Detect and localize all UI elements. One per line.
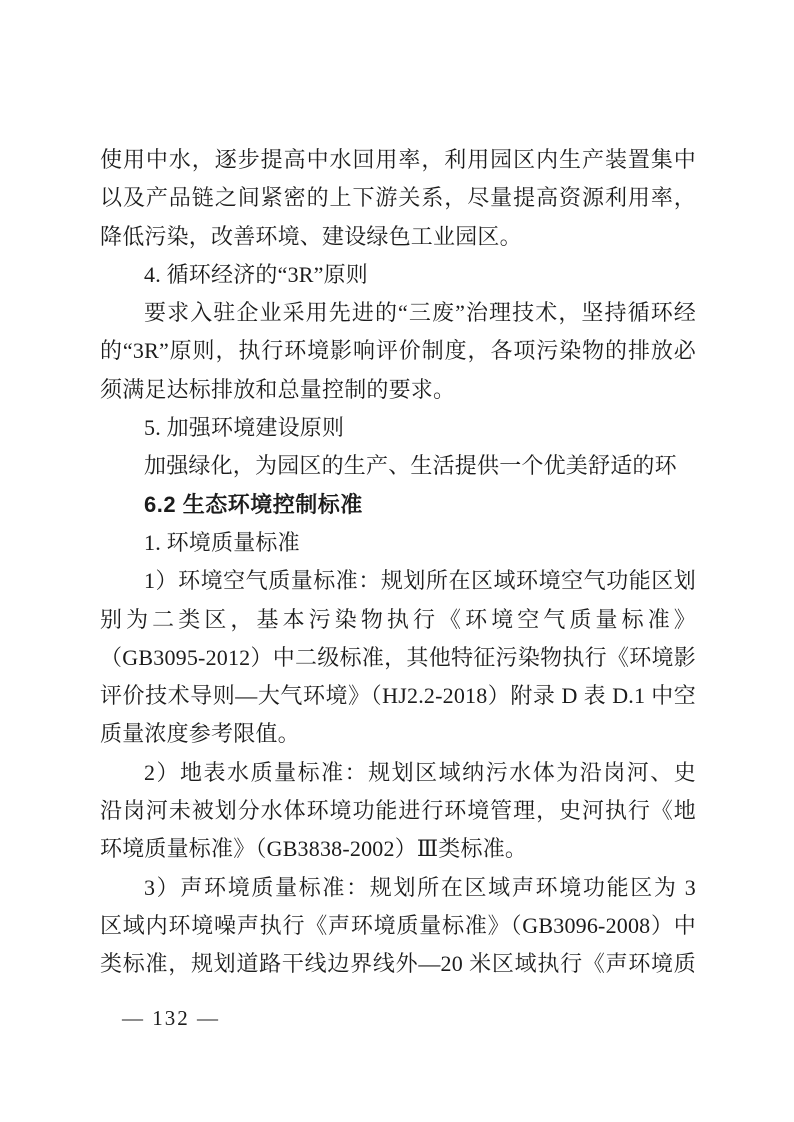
text-line: 以及产品链之间紧密的上下游关系，尽量提高资源利用率，主动 (100, 179, 696, 217)
text-line: 4. 循环经济的“3R”原则 (100, 256, 696, 294)
text-line: 使用中水，逐步提高中水回用率，利用园区内生产装置集中布置 (100, 141, 696, 179)
text-line: 类标准，规划道路干线边界线外—20 米区域执行《声环境质量 (100, 945, 696, 983)
text-line: 降低污染，改善环境、建设绿色工业园区。 (100, 218, 696, 256)
text-line: 1）环境空气质量标准：规划所在区域环境空气功能区划类 (100, 562, 696, 600)
text-line: 质量浓度参考限值。 (100, 715, 696, 753)
text-line: 评价技术导则—大气环境》（HJ2.2-2018）附录 D 表 D.1 中空气 (100, 677, 696, 715)
text-line: 加强绿化，为园区的生产、生活提供一个优美舒适的环境。 (100, 447, 696, 485)
text-line: 3）声环境质量标准：规划所在区域声环境功能区为 3 类， (100, 869, 696, 907)
text-line: 别为二类区，基本污染物执行《环境空气质量标准》 (100, 601, 696, 639)
text-line: 的“3R”原则，执行环境影响评价制度，各项污染物的排放必 (100, 332, 696, 370)
page-number: — 132 — (122, 1003, 220, 1033)
text-line: 区域内环境噪声执行《声环境质量标准》（GB3096-2008）中 3 (100, 907, 696, 945)
text-line: 1. 环境质量标准 (100, 524, 696, 562)
text-line: 环境质量标准》（GB3838-2002）Ⅲ类标准。 (100, 830, 696, 868)
document-body: 使用中水，逐步提高中水回用率，利用园区内生产装置集中布置以及产品链之间紧密的上下… (100, 141, 696, 984)
text-line: 要求入驻企业采用先进的“三废”治理技术，坚持循环经济 (100, 294, 696, 332)
text-line: 须满足达标排放和总量控制的要求。 (100, 371, 696, 409)
document-page: 使用中水，逐步提高中水回用率，利用园区内生产装置集中布置以及产品链之间紧密的上下… (0, 0, 794, 1122)
text-line: 沿岗河未被划分水体环境功能进行环境管理，史河执行《地表水 (100, 792, 696, 830)
text-line: 5. 加强环境建设原则 (100, 409, 696, 447)
text-line: （GB3095-2012）中二级标准，其他特征污染物执行《环境影响 (100, 639, 696, 677)
text-line: 2）地表水质量标准：规划区域纳污水体为沿岗河、史河， (100, 754, 696, 792)
section-heading: 6.2 生态环境控制标准 (100, 486, 696, 524)
